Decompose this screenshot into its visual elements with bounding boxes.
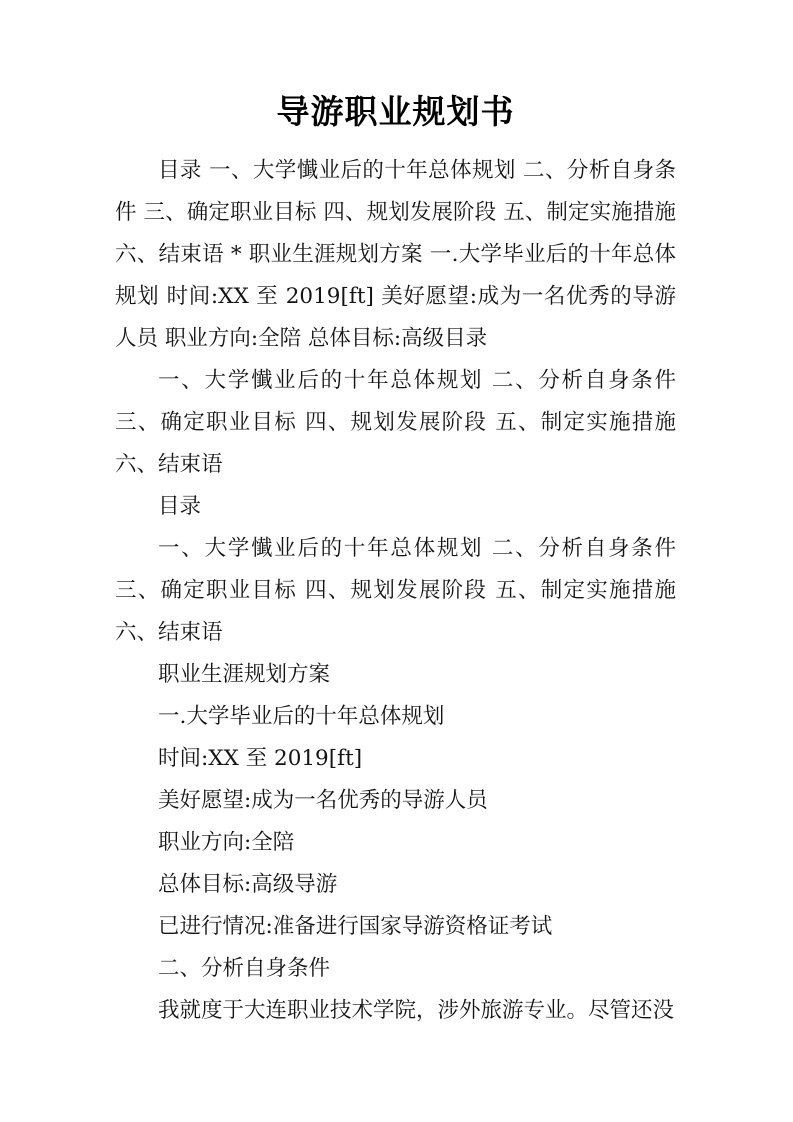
paragraph: 时间:XX 至 2019[ft] xyxy=(115,738,676,780)
paragraph: 一.大学毕业后的十年总体规划 xyxy=(115,696,676,738)
document-body: 目录 一、大学懴业后的十年总体规划 二、分析自身条件 三、确定职业目标 四、规划… xyxy=(115,150,676,1032)
paragraph: 职业方向:全陪 xyxy=(115,822,676,864)
paragraph: 一、大学懴业后的十年总体规划 二、分析自身条件 三、确定职业目标 四、规划发展阶… xyxy=(115,528,676,654)
paragraph: 目录 一、大学懴业后的十年总体规划 二、分析自身条件 三、确定职业目标 四、规划… xyxy=(115,150,676,360)
paragraph: 美好愿望:成为一名优秀的导游人员 xyxy=(115,780,676,822)
paragraph: 二、分析自身条件 xyxy=(115,948,676,990)
paragraph: 总体目标:高级导游 xyxy=(115,864,676,906)
paragraph: 我就度于大连职业技术学院，涉外旅游专业。尽管还没 xyxy=(115,990,676,1032)
paragraph: 目录 xyxy=(115,486,676,528)
paragraph: 已进行情况:准备进行国家导游资格证考试 xyxy=(115,906,676,948)
paragraph: 一、大学懴业后的十年总体规划 二、分析自身条件 三、确定职业目标 四、规划发展阶… xyxy=(115,360,676,486)
paragraph: 职业生涯规划方案 xyxy=(115,654,676,696)
document-title: 导游职业规划书 xyxy=(115,90,676,134)
document-content: 导游职业规划书 目录 一、大学懴业后的十年总体规划 二、分析自身条件 三、确定职… xyxy=(0,0,793,1032)
document-page: 导游职业规划书 目录 一、大学懴业后的十年总体规划 二、分析自身条件 三、确定职… xyxy=(0,0,793,1122)
